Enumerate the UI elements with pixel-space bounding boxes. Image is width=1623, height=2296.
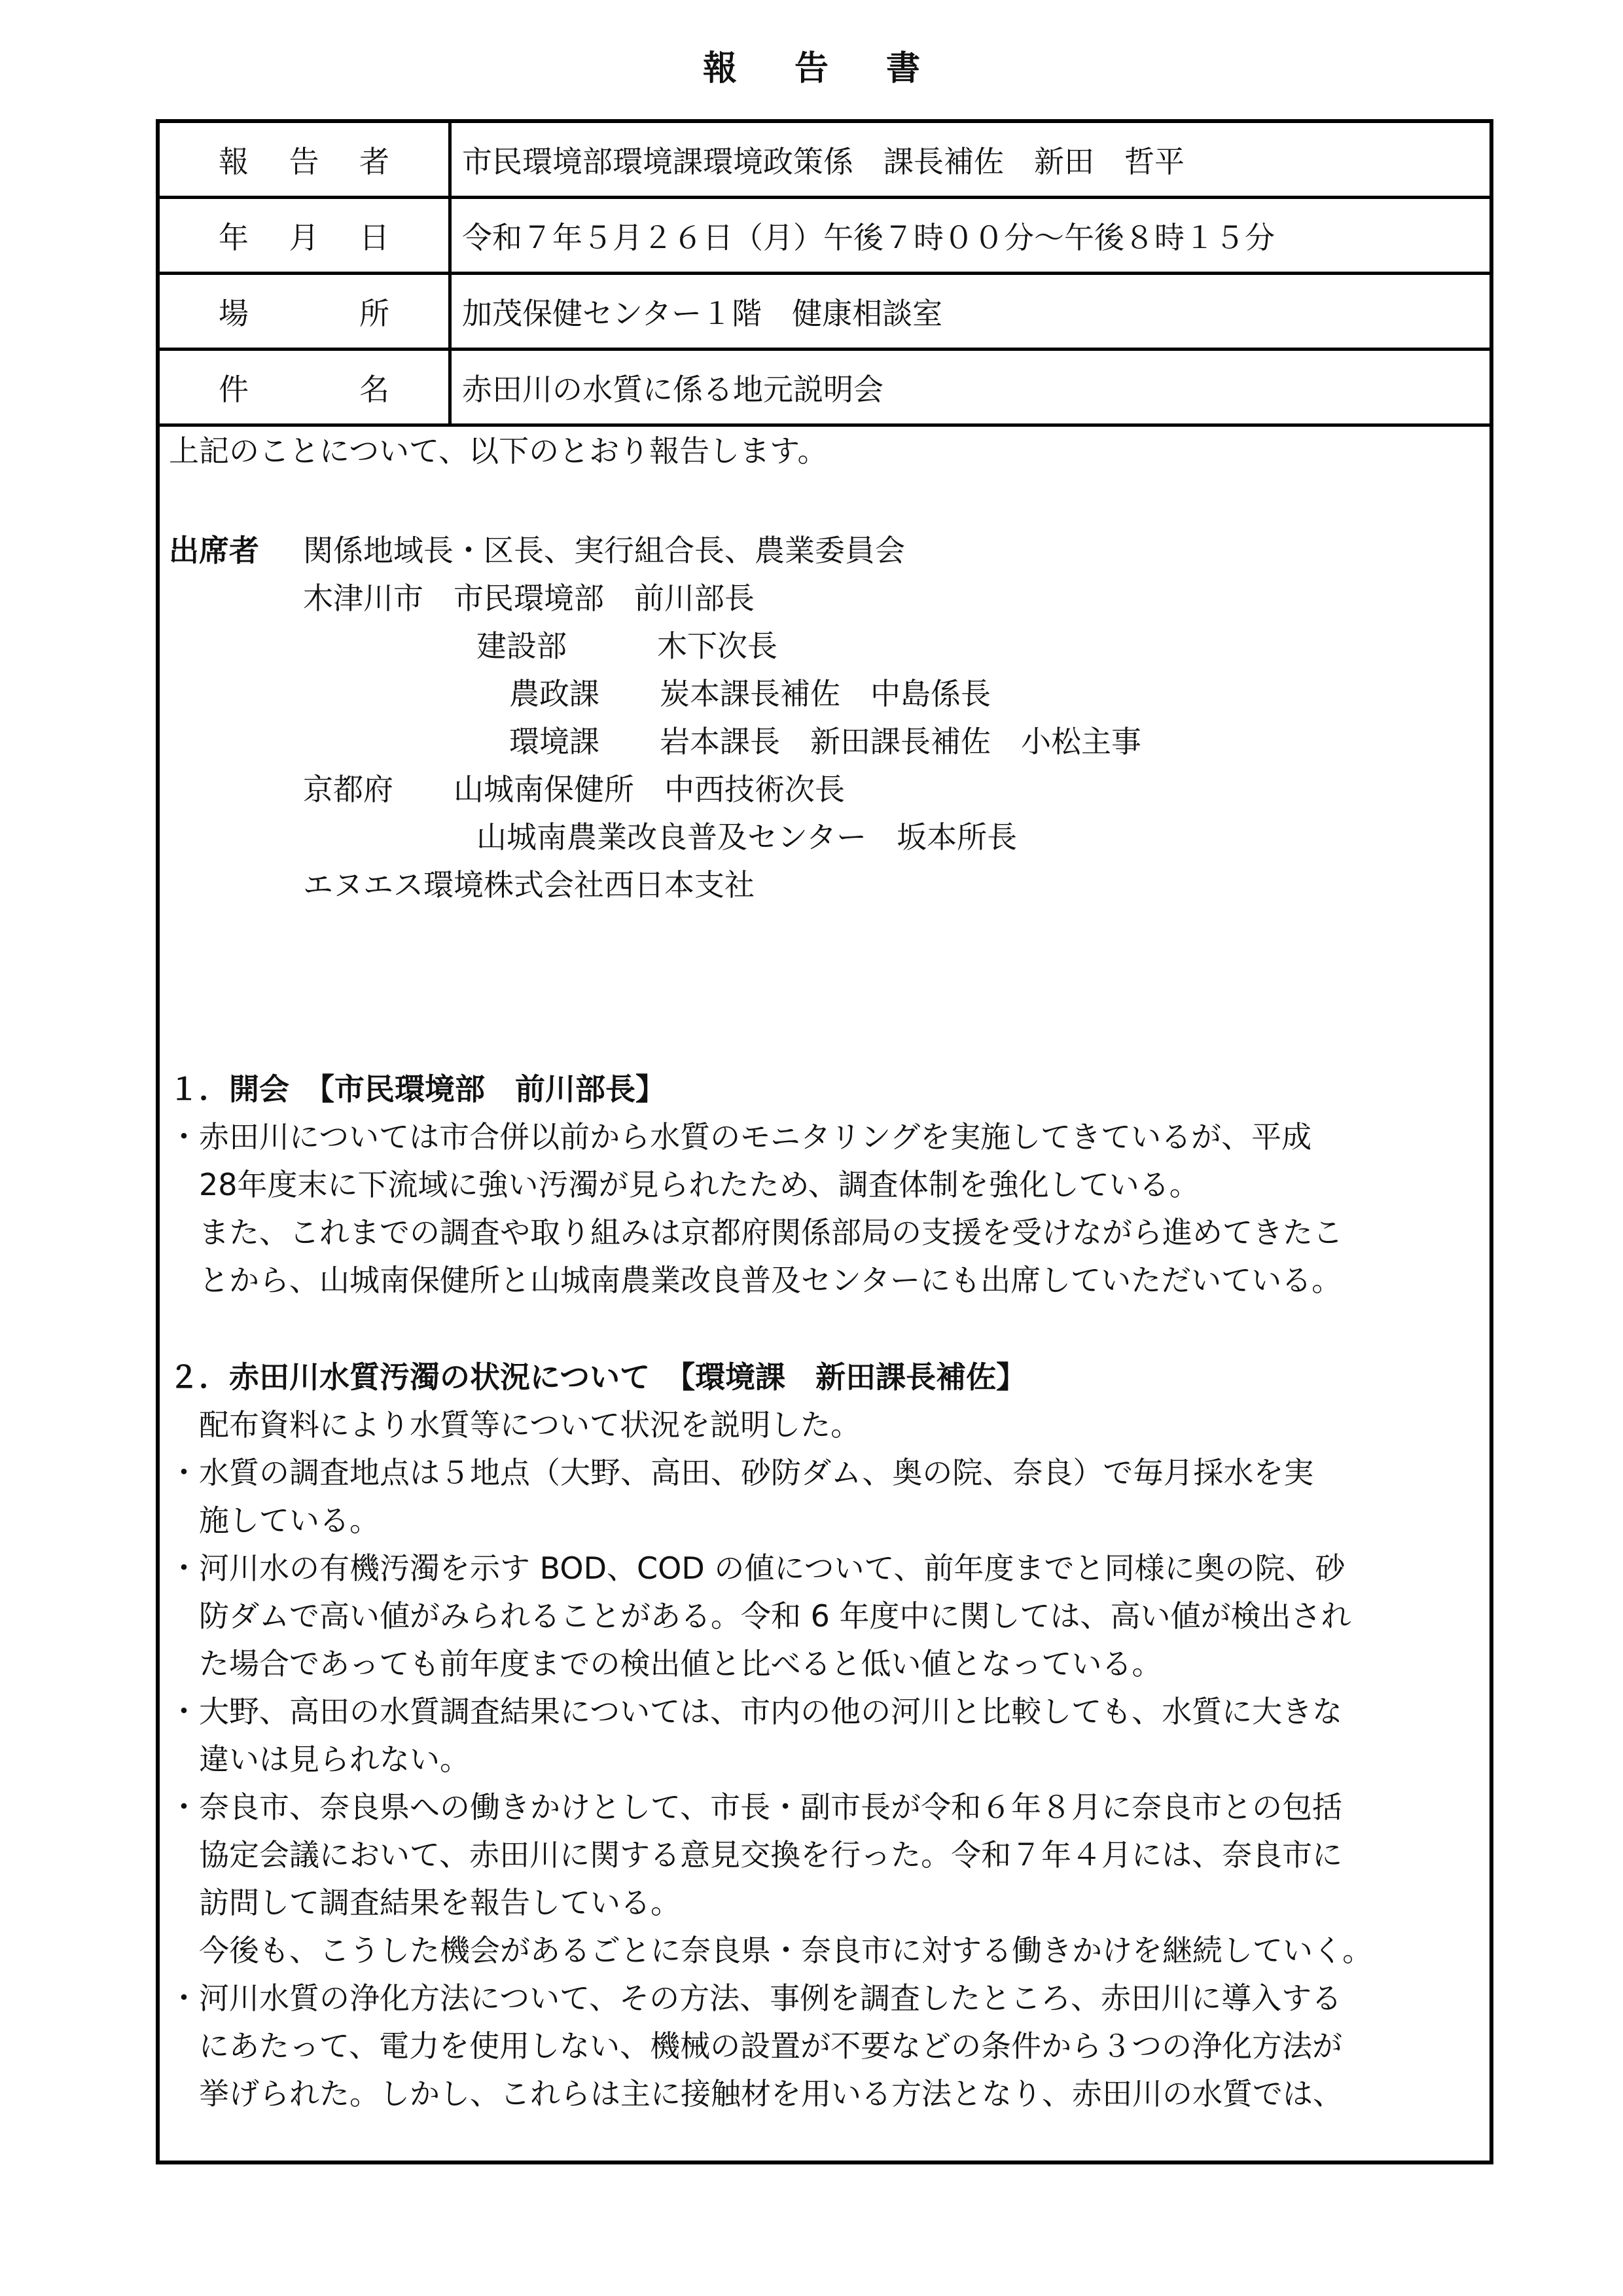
section-line: 今後も、こうした機会があるごとに奈良県・奈良市に対する働きかけを継続していく。 [169,1935,1372,1965]
section-heading: １．開会 【市民環境部 前川部長】 [169,1074,666,1104]
intro-text: 上記のことについて、以下のとおり報告します。 [169,436,827,466]
section-line: ・大野、高田の水質調査結果については、市内の他の河川と比較しても、水質に大きな [169,1696,1342,1727]
label-char: 年 [219,214,249,257]
label-char: 報 [219,138,249,181]
label-char: 月 [289,214,319,257]
header-value-place: 加茂保健センター１階 健康相談室 [462,275,942,348]
attendee-line: エヌエス環境株式会社西日本支社 [303,870,755,900]
section-line: ・奈良市、奈良県への働きかけとして、市長・副市長が令和６年８月に奈良市との包括 [169,1792,1342,1822]
section-line: にあたって、電力を使用しない、機械の設置が不要などの条件から３つの浄化方法が [169,2031,1342,2061]
section-line: ・河川水質の浄化方法について、その方法、事例を調査したところ、赤田川に導入する [169,1983,1342,2013]
section-line: ・水質の調査地点は５地点（大野、高田、砂防ダム、奥の院、奈良）で毎月採水を実 [169,1458,1313,1488]
label-char: 名 [359,366,389,409]
label-char: 者 [359,138,389,181]
section-line: た場合であっても前年度までの検出値と比べると低い値となっている。 [169,1649,1162,1679]
section-line: 防ダムで高い値がみられることがある。令和 6 年度中に関しては、高い値が検出され [169,1601,1351,1631]
section-line: 協定会議において、赤田川に関する意見交換を行った。令和７年４月には、奈良市に [169,1840,1342,1870]
title-char: 告 [794,41,829,90]
attendees-label: 出席者 [169,535,259,565]
label-char: 告 [289,138,319,181]
section-line: 配布資料により水質等について状況を説明した。 [169,1410,861,1440]
header-row-subject: 件 名 赤田川の水質に係る地元説明会 [160,351,1489,427]
attendee-line: 関係地域長・区長、実行組合長、農業委員会 [303,535,905,565]
header-row-place: 場 所 加茂保健センター１階 健康相談室 [160,275,1489,351]
label-char: 日 [359,214,389,257]
header-label-place: 場 所 [160,275,452,348]
section-line: とから、山城南保健所と山城南農業改良普及センターにも出席していただいている。 [169,1265,1342,1295]
header-label-reporter: 報 告 者 [160,123,452,196]
section-line: 28年度末に下流域に強い汚濁が見られたため、調査体制を強化している。 [169,1170,1200,1200]
section-line: 訪問して調査結果を報告している。 [169,1888,681,1918]
title-char: 報 [703,41,737,90]
label-char: 件 [219,366,249,409]
attendee-line: 環境課 岩本課長 新田課長補佐 小松主事 [509,726,1141,757]
section-line: 施している。 [169,1505,380,1535]
section-heading: ２．赤田川水質汚濁の状況について 【環境課 新田課長補佐】 [169,1362,1026,1392]
header-label-subject: 件 名 [160,351,452,423]
section-line: ・河川水の有機汚濁を示す BOD、COD の値について、前年度までと同様に奥の院… [169,1553,1346,1583]
header-row-date: 年 月 日 令和７年５月２６日（月）午後７時００分～午後８時１５分 [160,199,1489,275]
title-char: 書 [886,41,920,90]
attendee-line: 農政課 炭本課長補佐 中島係長 [509,679,991,709]
section-line: 違いは見られない。 [169,1744,470,1774]
section-line: また、これまでの調査や取り組みは京都府関係部局の支援を受けながら進めてきたこ [169,1217,1343,1247]
section-line: ・赤田川については市合併以前から水質のモニタリングを実施してきているが、平成 [169,1122,1311,1152]
section-line: 挙げられた。しかし、これらは主に接触材を用いる方法となり、赤田川の水質では、 [169,2079,1343,2109]
header-value-subject: 赤田川の水質に係る地元説明会 [462,351,883,423]
header-row-reporter: 報 告 者 市民環境部環境課環境政策係 課長補佐 新田 哲平 [160,123,1489,199]
label-char: 所 [359,290,389,333]
label-char: 場 [219,290,249,333]
header-label-date: 年 月 日 [160,199,452,272]
attendee-line: 建設部 木下次長 [476,631,777,661]
document-title: 報告書 [0,41,1623,90]
header-value-reporter: 市民環境部環境課環境政策係 課長補佐 新田 哲平 [462,123,1185,196]
attendee-line: 山城南農業改良普及センター 坂本所長 [476,822,1017,852]
attendee-line: 京都府 山城南保健所 中西技術次長 [303,774,845,804]
header-value-date: 令和７年５月２６日（月）午後７時００分～午後８時１５分 [462,199,1275,272]
attendee-line: 木津川市 市民環境部 前川部長 [303,583,755,613]
report-frame: 報 告 者 市民環境部環境課環境政策係 課長補佐 新田 哲平 年 月 日 令和７… [156,119,1493,2164]
